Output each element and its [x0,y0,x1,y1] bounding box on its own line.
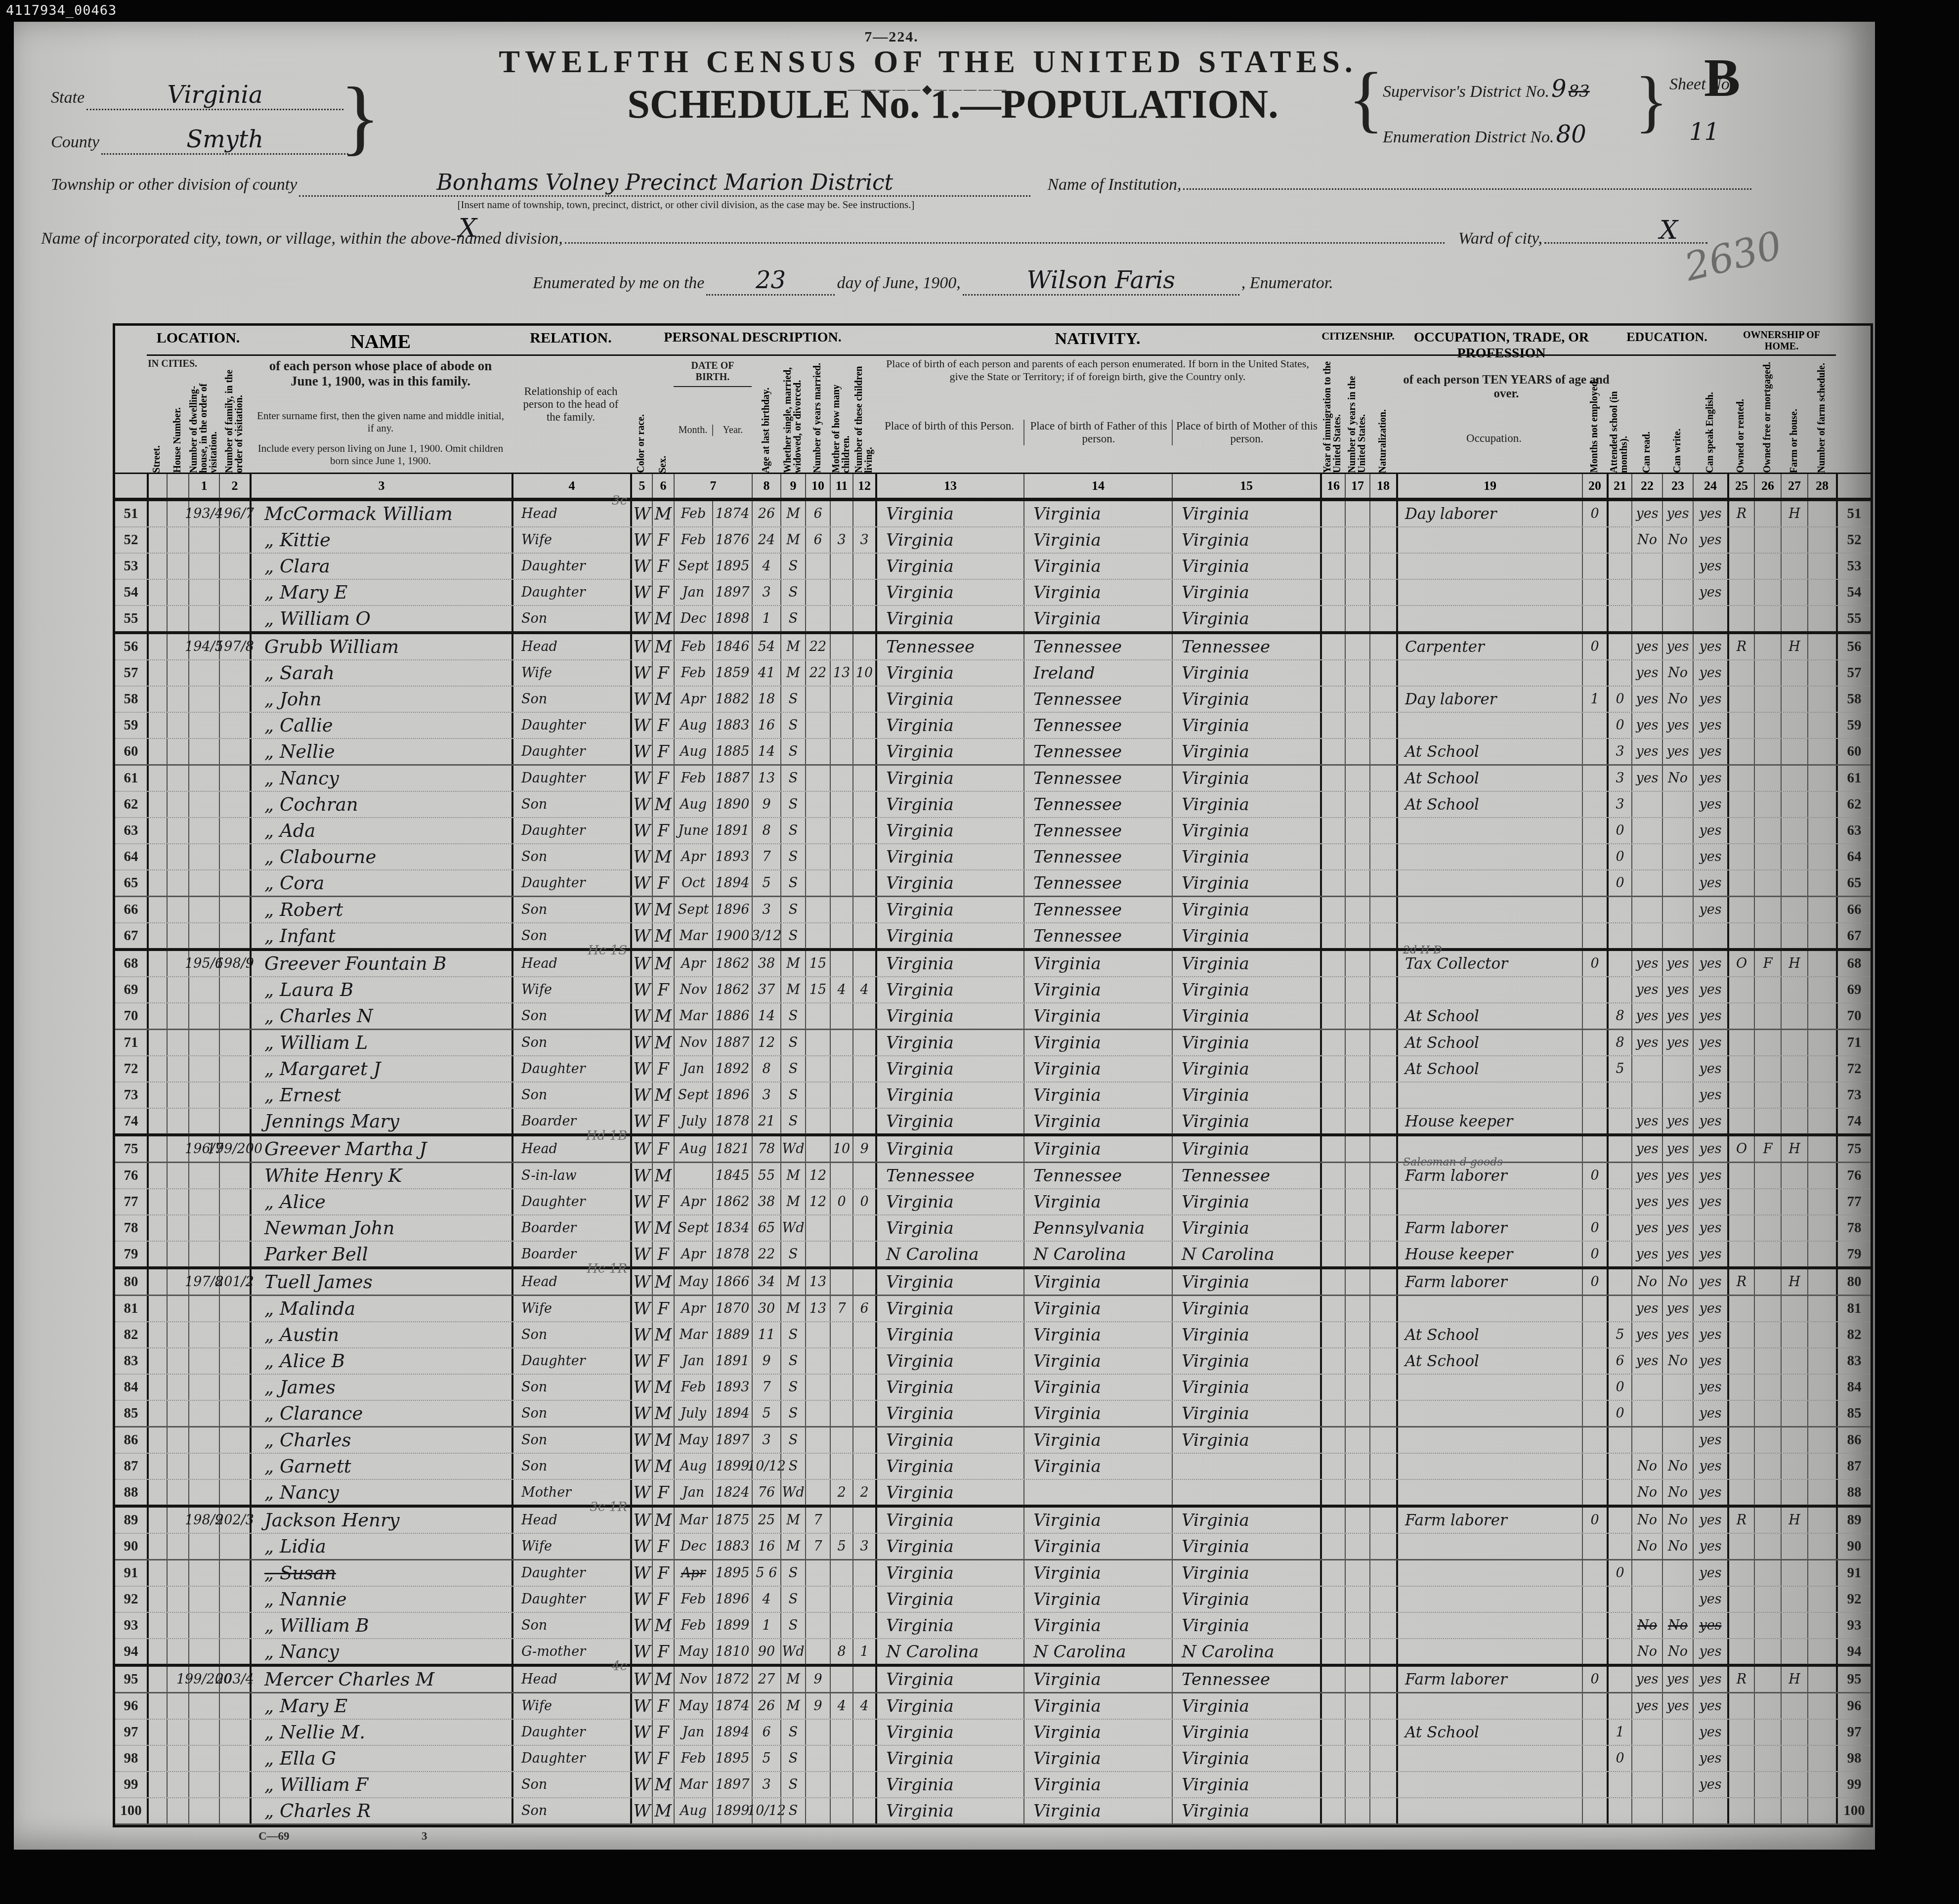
cell-mk [830,1056,852,1082]
cell-fh [1781,713,1807,738]
cell-yus [1345,870,1369,896]
state-line: State Virginia [51,81,343,110]
cell-wr: No [1662,1639,1693,1664]
cell-house [167,1693,188,1719]
cell-age: 8 [752,818,780,843]
cell-dw [188,1454,219,1479]
cell-age: 10/12 [752,1454,780,1479]
cell-free [1754,977,1781,1002]
pob-person-label: Place of birth of this Person. [875,420,1023,433]
cell-lnL: 78 [115,1215,147,1241]
census-row: 99„ William FSonWMMar18973SVirginiaVirgi… [115,1772,1871,1798]
cell-own [1727,766,1754,791]
cell-mne [1582,739,1607,764]
col-owned-rented-label: Owned or rented. [1727,357,1754,473]
cell-rel: Wife [511,527,630,553]
census-row: 56194/5197/8Grubb WilliamHeadWMFeb184654… [115,631,1871,660]
cell-imm [1320,1560,1345,1586]
cell-lnL: 69 [115,977,147,1002]
cell-fam [219,1720,250,1745]
cell-pob: Virginia [875,1136,1023,1162]
cell-fh [1781,1163,1807,1188]
cell-mar: S [780,792,805,817]
census-row: 57„ SarahWifeWFFeb185941M221310VirginiaI… [115,660,1871,687]
cell-ym [805,1746,830,1771]
cell-mar: Wd [780,1480,805,1505]
cell-dw [188,1613,219,1638]
cell-kl [852,1508,875,1533]
cell-mne [1582,1613,1607,1638]
cell-mar: M [780,1534,805,1559]
cell-free [1754,818,1781,843]
cell-yus [1345,1508,1369,1533]
cell-bm: Jan [674,1480,712,1505]
cell-occ: At School [1396,1003,1582,1029]
cell-bm: Sept [674,897,712,922]
cell-rd: yes [1631,660,1662,686]
cell-street [147,1375,167,1400]
cell-mk [830,1269,852,1295]
cell-color: W [630,1613,652,1638]
cell-house [167,713,188,738]
cell-mk: 2 [830,1480,852,1505]
cell-nat [1369,634,1396,659]
census-row: 97„ Nellie M.DaughterWFJan18946SVirginia… [115,1720,1871,1746]
cell-fh [1781,923,1807,949]
cell-mk [830,687,852,712]
cell-bm: Feb [674,527,712,553]
cell-rel: HeadHd 1B [511,1136,630,1162]
cell-pob: Virginia [875,977,1023,1002]
cell-sch [1607,1772,1631,1797]
cell-pob: Tennessee [875,634,1023,659]
cell-own [1727,1082,1754,1108]
cell-lnR: 85 [1836,1401,1871,1426]
cell-pm: Virginia [1172,1296,1320,1321]
cell-fam [219,606,250,631]
cell-mar: M [780,977,805,1002]
cell-age: 78 [752,1136,780,1162]
cell-mne: 0 [1582,1667,1607,1692]
cell-sp: yes [1693,1082,1727,1108]
cell-pf: Virginia [1023,1375,1172,1400]
cell-sch [1607,1508,1631,1533]
cell-wr: No [1662,1348,1693,1374]
cell-nat [1369,1348,1396,1374]
cell-house [167,844,188,869]
cell-lnR: 69 [1836,977,1871,1002]
cell-free [1754,1109,1781,1134]
cell-by: 1824 [712,1480,752,1505]
cell-bm: Mar [674,1772,712,1797]
cell-mk [830,1720,852,1745]
cell-lnR: 77 [1836,1189,1871,1214]
cell-nat [1369,1109,1396,1134]
cell-mne [1582,1082,1607,1108]
col-number: 5 [630,474,652,498]
dob-title: DATE OF BIRTH. [674,360,752,387]
cell-dw [188,1480,219,1505]
cell-kl [852,1242,875,1267]
cell-kl [852,818,875,843]
group-education: EDUCATION. [1607,330,1727,345]
cell-color: W [630,1056,652,1082]
cell-pf: Virginia [1023,1401,1172,1426]
cell-kl [852,1667,875,1692]
cell-name: „ Charles N [250,1003,511,1029]
cell-free [1754,1534,1781,1559]
group-nativity: NATIVITY. [875,330,1320,348]
census-row: 98„ Ella GDaughterWFFeb18955SVirginiaVir… [115,1746,1871,1772]
enumeration-value: 80 [1556,121,1586,148]
cell-rd [1631,1798,1662,1823]
cell-bm: Aug [674,1454,712,1479]
cell-bm: July [674,1109,712,1134]
cell-street [147,951,167,976]
cell-sp: yes [1693,1639,1727,1664]
cell-by: 1872 [712,1667,752,1692]
cell-house [167,923,188,949]
cell-mar: M [780,1296,805,1321]
cell-dw [188,660,219,686]
cell-by: 1870 [712,1296,752,1321]
col-number: 3 [250,474,511,498]
cell-age: 9 [752,1348,780,1374]
cell-imm [1320,1798,1345,1823]
cell-by: 1894 [712,870,752,896]
cell-sched [1807,1030,1836,1055]
cell-age: 3 [752,1082,780,1108]
cell-yus [1345,1480,1369,1505]
cell-free [1754,1508,1781,1533]
cell-dw: 199/200 [188,1667,219,1692]
cell-lnL: 75 [115,1136,147,1162]
cell-by: 1876 [712,527,752,553]
cell-lnR: 57 [1836,660,1871,686]
cell-fh: H [1781,1667,1807,1692]
cell-rel: Son [511,1003,630,1029]
cell-wr: No [1662,1508,1693,1533]
cell-occ: Farm laborer [1396,1215,1582,1241]
cell-imm [1320,1454,1345,1479]
cell-sch: 3 [1607,766,1631,791]
cell-pf: Virginia [1023,1587,1172,1612]
cell-sp: yes [1693,1109,1727,1134]
census-title: TWELFTH CENSUS OF THE UNITED STATES. [14,43,1842,80]
cell-nat [1369,1798,1396,1823]
cell-color: W [630,1003,652,1029]
cell-imm [1320,1348,1345,1374]
census-row: 90„ LidiaWifeWFDec188316M753VirginiaVirg… [115,1534,1871,1560]
cell-street [147,1639,167,1664]
cell-lnR: 92 [1836,1587,1871,1612]
cell-rel: Wife [511,1296,630,1321]
cell-free [1754,1056,1781,1082]
cell-sched [1807,1798,1836,1823]
cell-ym [805,1082,830,1108]
cell-pf: Tennessee [1023,634,1172,659]
cell-name: „ Clarance [250,1401,511,1426]
cell-rd: yes [1631,1242,1662,1267]
cell-occ [1396,1189,1582,1214]
census-row: 94„ NancyG-motherWFMay181090Wd81N Caroli… [115,1639,1871,1665]
cell-wr: yes [1662,1136,1693,1162]
cell-mne: 0 [1582,1215,1607,1241]
census-row: 88„ NancyMotherWFJan182476Wd22VirginiaNo… [115,1480,1871,1506]
cell-lnL: 91 [115,1560,147,1586]
cell-own [1727,1242,1754,1267]
cell-age: 76 [752,1480,780,1505]
cell-nat [1369,1163,1396,1188]
col-number: 8 [752,474,780,498]
cell-lnR: 84 [1836,1375,1871,1400]
cell-lnR: 72 [1836,1056,1871,1082]
cell-mk [830,818,852,843]
cell-sp: yes [1693,634,1727,659]
cell-yus [1345,1746,1369,1771]
cell-age: 24 [752,527,780,553]
cell-yus [1345,1003,1369,1029]
cell-sex: F [652,713,674,738]
cell-imm [1320,1003,1345,1029]
cell-age: 26 [752,501,780,526]
cell-wr: yes [1662,1693,1693,1719]
cell-fam [219,977,250,1002]
cell-rel: Daughter [511,870,630,896]
cell-bm: May [674,1693,712,1719]
census-row: 71„ William LSonWMNov188712SVirginiaVirg… [115,1030,1871,1056]
cell-kl: 6 [852,1296,875,1321]
cell-rd: No [1631,527,1662,553]
cell-ym [805,1639,830,1664]
sheet-no-value: 11 [1689,118,1719,146]
cell-occ: Carpenter [1396,634,1582,659]
cell-mk [830,1428,852,1453]
cell-house [167,527,188,553]
township-line: Township or other division of county Bon… [51,170,1751,197]
cell-bm: Nov [674,1030,712,1055]
census-row: 58„ JohnSonWMApr188218SVirginiaTennessee… [115,687,1871,713]
cell-sp: yes [1693,1056,1727,1082]
cell-sch: 3 [1607,792,1631,817]
col-number: 22 [1631,474,1662,498]
cell-sp: yes [1693,1560,1727,1586]
cell-sch [1607,1639,1631,1664]
cell-pm: Virginia [1172,1082,1320,1108]
cell-rel: Son [511,687,630,712]
cell-mk [830,634,852,659]
cell-pob: Virginia [875,1030,1023,1055]
cell-fh [1781,580,1807,605]
cell-pf: Virginia [1023,951,1172,976]
cell-fam [219,527,250,553]
cell-rel: HeadHc 1R [511,1269,630,1295]
cell-bm: Apr [674,687,712,712]
cell-fh: H [1781,1269,1807,1295]
cell-name: Grubb William [250,634,511,659]
cell-pm: Virginia [1172,844,1320,869]
cell-bm: Apr [674,1242,712,1267]
cell-free [1754,713,1781,738]
cell-street [147,766,167,791]
cell-fam [219,1587,250,1612]
cell-sex: F [652,1587,674,1612]
col-number: 18 [1369,474,1396,498]
cell-ym [805,1480,830,1505]
cell-kl [852,1030,875,1055]
cell-wr: No [1662,1269,1693,1295]
cell-mk: 10 [830,1136,852,1162]
cell-age: 90 [752,1639,780,1664]
col-number: 1 [188,474,219,498]
cell-sp: yes [1693,766,1727,791]
cell-fam [219,1772,250,1797]
cell-house [167,792,188,817]
cell-yus [1345,1454,1369,1479]
census-row: 91„ SusanDaughterWFApr18955 6SVirginiaVi… [115,1560,1871,1587]
cell-name: „ William B [250,1613,511,1638]
col-mother-of-label: Mother of how many children. [830,357,852,473]
cell-color: W [630,923,652,949]
cell-wr: No [1662,766,1693,791]
cell-house [167,1189,188,1214]
cell-ym [805,1587,830,1612]
cell-name: „ Ernest [250,1082,511,1108]
cell-sch: 0 [1607,818,1631,843]
cell-fam [219,792,250,817]
cell-mar: S [780,1109,805,1134]
cell-rel: Son [511,1322,630,1347]
cell-pob: Virginia [875,1296,1023,1321]
cell-bm: Aug [674,713,712,738]
cell-dw [188,606,219,631]
cell-by: 1893 [712,1375,752,1400]
cell-kl [852,1798,875,1823]
cell-fam [219,1322,250,1347]
cell-sp: yes [1693,1667,1727,1692]
cell-bm: Aug [674,739,712,764]
cell-street [147,923,167,949]
cell-house [167,1560,188,1586]
cell-by: 1891 [712,1348,752,1374]
cell-by: 1898 [712,606,752,631]
cell-name: „ Cora [250,870,511,896]
cell-mne: 0 [1582,501,1607,526]
cell-wr: yes [1662,634,1693,659]
cell-lnL: 58 [115,687,147,712]
cell-age: 3 [752,897,780,922]
cell-pm: Virginia [1172,818,1320,843]
cell-own: R [1727,1269,1754,1295]
cell-ym [805,1136,830,1162]
cell-ym [805,580,830,605]
cell-house [167,606,188,631]
occupation-sub: of each person TEN YEARS of age and over… [1401,373,1612,401]
cell-rd [1631,1401,1662,1426]
group-personal: PERSONAL DESCRIPTION. [630,330,875,346]
cell-free [1754,1296,1781,1321]
census-row: 84„ JamesSonWMFeb18937SVirginiaVirginiaV… [115,1375,1871,1401]
cell-sex: M [652,1613,674,1638]
county-label: County [51,133,99,151]
cell-nat [1369,1534,1396,1559]
cell-pf: Virginia [1023,1508,1172,1533]
cell-sex: M [652,1401,674,1426]
cell-age: 7 [752,1375,780,1400]
cell-wr: yes [1662,713,1693,738]
cell-sched [1807,1480,1836,1505]
cell-imm [1320,1030,1345,1055]
cell-fh [1781,1560,1807,1586]
cell-wr [1662,1401,1693,1426]
cell-rel: Head4c [511,1667,630,1692]
cell-sch [1607,1242,1631,1267]
cell-bm: May [674,1269,712,1295]
cell-pf [1023,1480,1172,1505]
cell-by: 1862 [712,951,752,976]
cell-color: W [630,1454,652,1479]
cell-rd [1631,1720,1662,1745]
cell-pob: N Carolina [875,1242,1023,1267]
cell-street [147,1030,167,1055]
cell-age: 1 [752,1613,780,1638]
cell-by: 1875 [712,1508,752,1533]
cell-dw [188,1428,219,1453]
cell-house [167,1163,188,1188]
cell-age: 25 [752,1508,780,1533]
cell-pob: Virginia [875,897,1023,922]
cell-color: W [630,1508,652,1533]
cell-sched [1807,1587,1836,1612]
cell-free [1754,1030,1781,1055]
cell-pm: Tennessee [1172,1667,1320,1692]
cell-rd [1631,923,1662,949]
cell-own [1727,1401,1754,1426]
census-row: 67„ InfantSonWMMar19003/12SVirginiaTenne… [115,923,1871,950]
cell-wr [1662,554,1693,579]
cell-fam [219,554,250,579]
cell-occ: At School [1396,1030,1582,1055]
cell-rel: Daughter [511,1056,630,1082]
cell-sp: yes [1693,1428,1727,1453]
cell-sex: M [652,634,674,659]
cell-rd: yes [1631,634,1662,659]
col-number: 2 [219,474,250,498]
cell-by: 1862 [712,1189,752,1214]
cell-sp: yes [1693,1401,1727,1426]
pencil-annotation: Hc 1R [587,1261,627,1276]
cell-wr: yes [1662,1215,1693,1241]
cell-fam [219,1348,250,1374]
cell-pm: Virginia [1172,1746,1320,1771]
cell-own [1727,580,1754,605]
cell-pob: Virginia [875,766,1023,791]
cell-dw [188,923,219,949]
cell-nat [1369,1480,1396,1505]
cell-kl: 3 [852,1534,875,1559]
cell-sp: yes [1693,1587,1727,1612]
cell-name: Tuell James [250,1269,511,1295]
cell-mne [1582,1030,1607,1055]
cell-free [1754,1772,1781,1797]
cell-mar: S [780,1242,805,1267]
cell-age: 14 [752,739,780,764]
cell-street [147,1056,167,1082]
col-naturalization-label: Naturalization. [1369,357,1396,473]
cell-mar: S [780,739,805,764]
cell-own [1727,1534,1754,1559]
cell-kl: 2 [852,1480,875,1505]
